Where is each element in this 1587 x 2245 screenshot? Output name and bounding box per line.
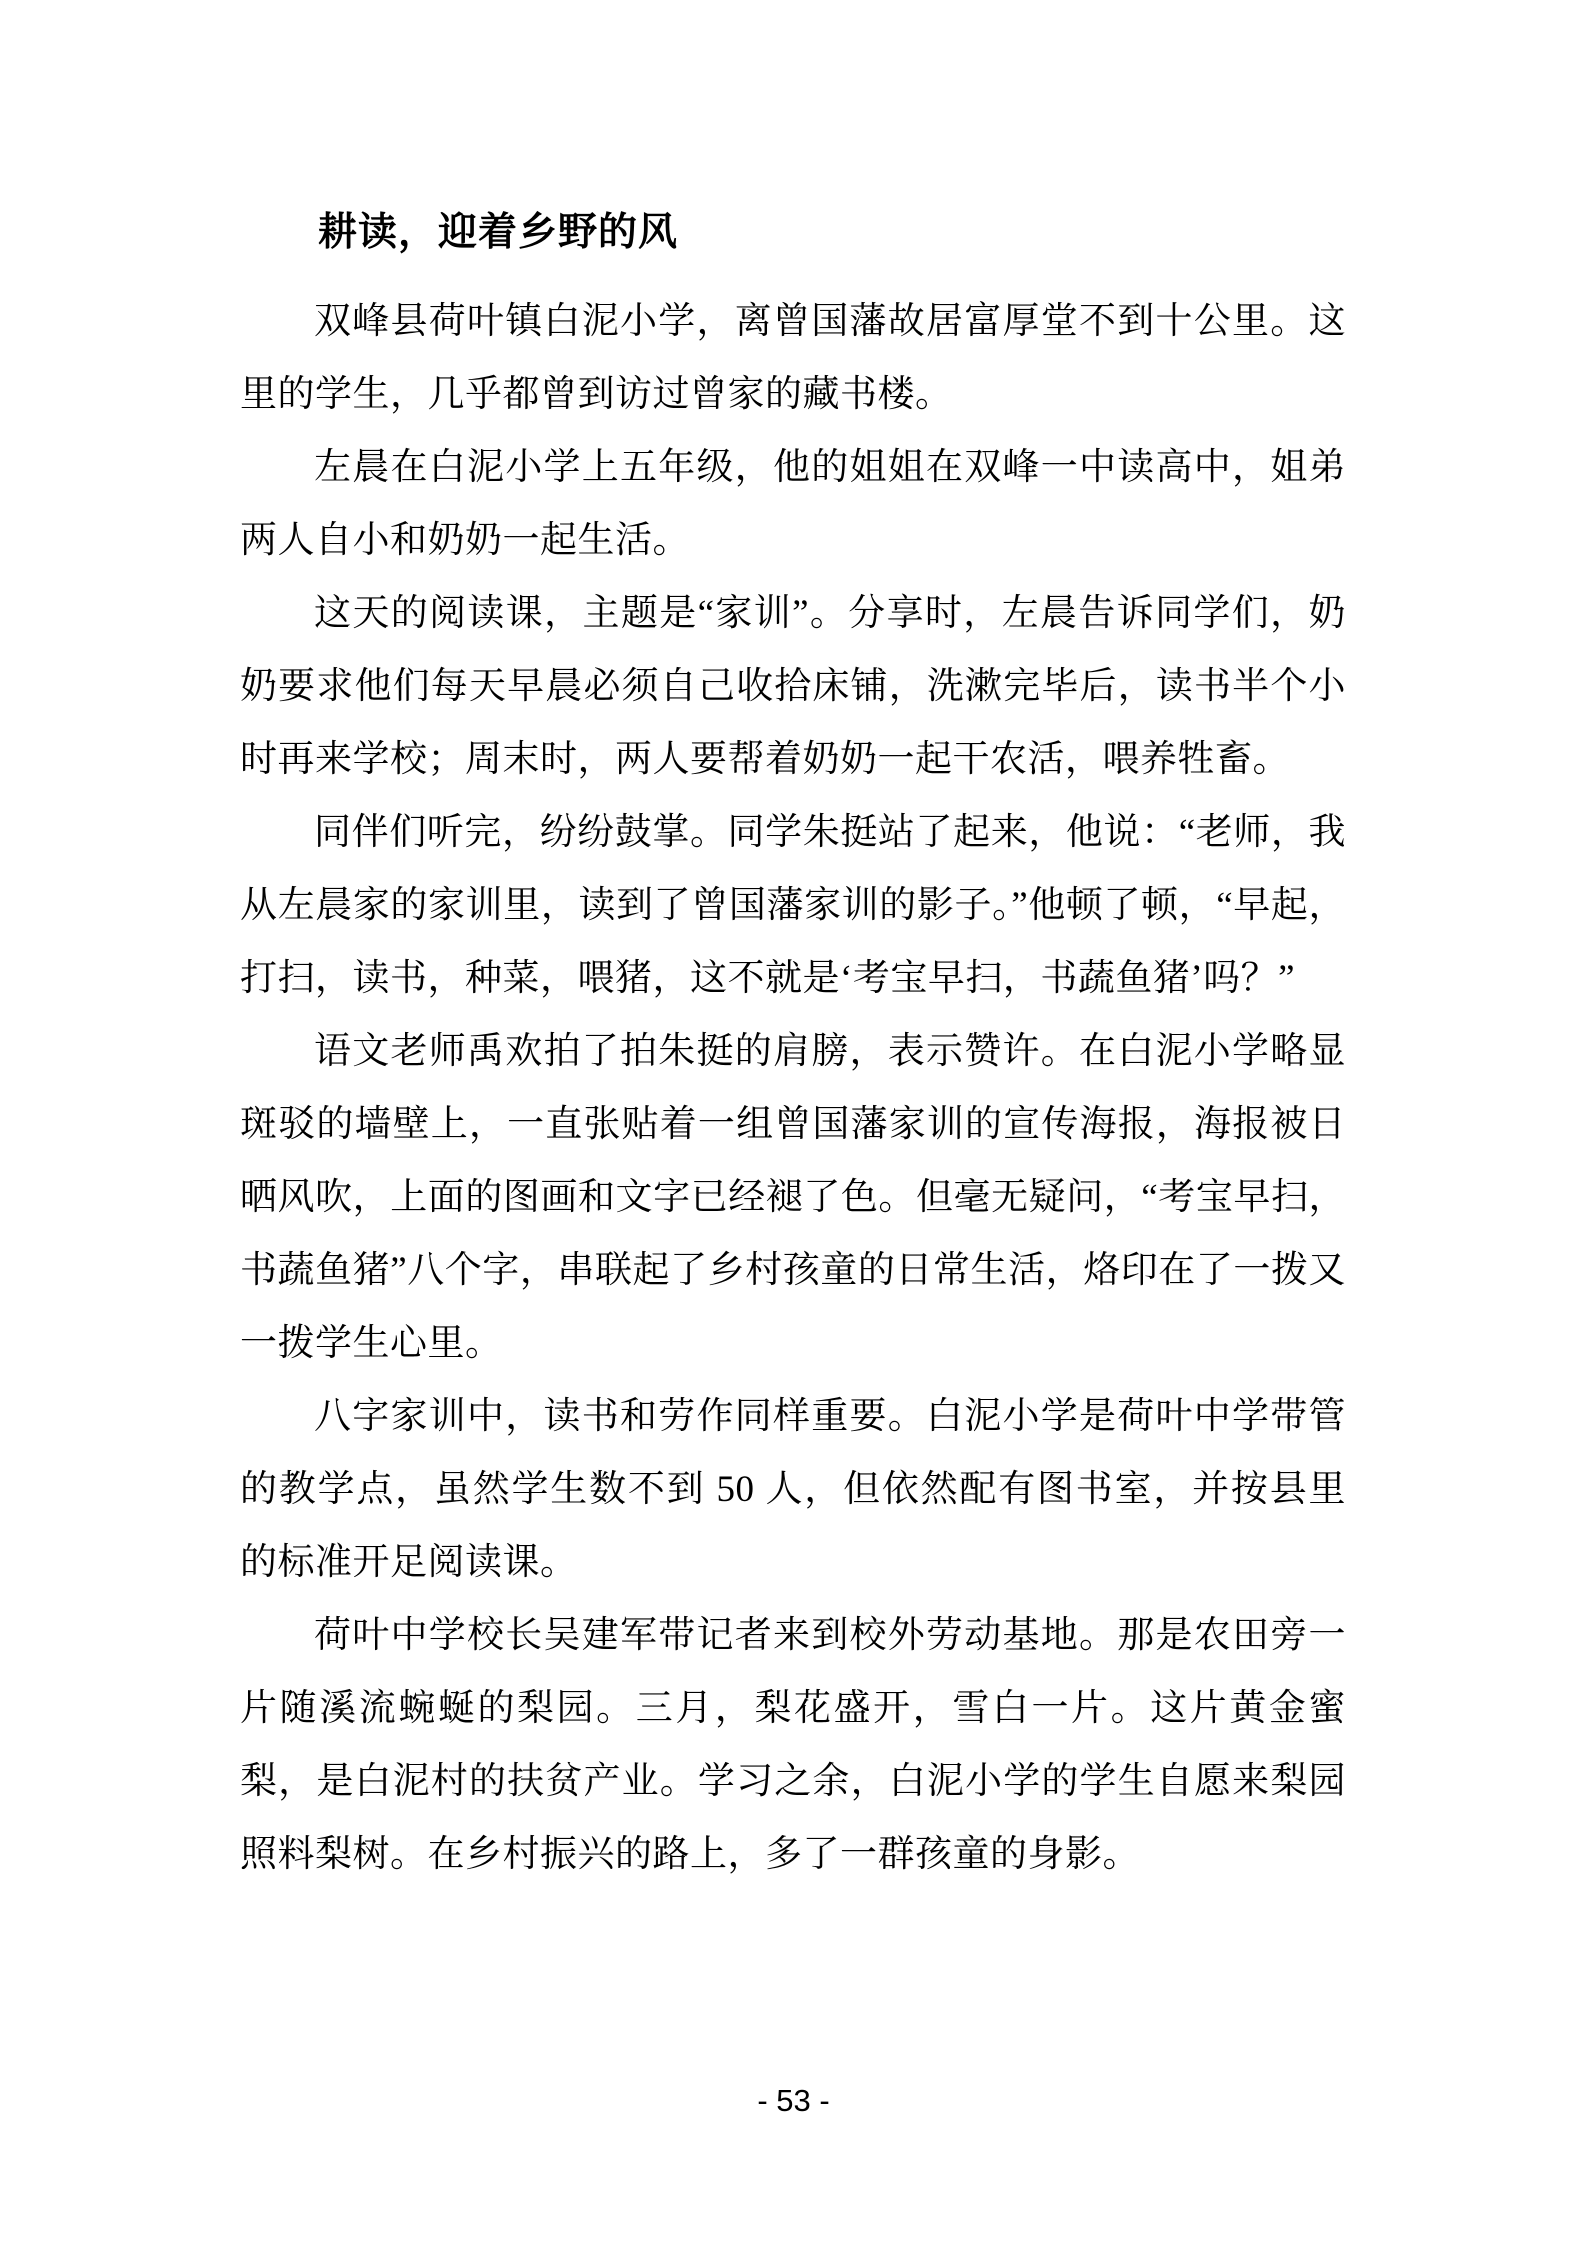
paragraph: 左晨在白泥小学上五年级，他的姐姐在双峰一中读高中，姐弟两人自小和奶奶一起生活。 [240,431,1346,577]
paragraph: 荷叶中学校长吴建军带记者来到校外劳动基地。那是农田旁一片随溪流蜿蜒的梨园。三月，… [240,1599,1346,1891]
paragraph: 双峰县荷叶镇白泥小学，离曾国藩故居富厚堂不到十公里。这里的学生，几乎都曾到访过曾… [240,285,1346,431]
article-body: 耕读，迎着乡野的风 双峰县荷叶镇白泥小学，离曾国藩故居富厚堂不到十公里。这里的学… [240,196,1346,1891]
article-title: 耕读，迎着乡野的风 [240,196,1346,269]
document-page: 耕读，迎着乡野的风 双峰县荷叶镇白泥小学，离曾国藩故居富厚堂不到十公里。这里的学… [0,0,1587,2245]
paragraph: 这天的阅读课，主题是“家训”。分享时，左晨告诉同学们，奶奶要求他们每天早晨必须自… [240,577,1346,796]
paragraph: 八字家训中，读书和劳作同样重要。白泥小学是荷叶中学带管的教学点，虽然学生数不到 … [240,1380,1346,1599]
paragraph: 语文老师禹欢拍了拍朱挺的肩膀，表示赞许。在白泥小学略显斑驳的墙壁上，一直张贴着一… [240,1015,1346,1380]
paragraph: 同伴们听完，纷纷鼓掌。同学朱挺站了起来，他说：“老师，我从左晨家的家训里，读到了… [240,796,1346,1015]
page-number: - 53 - [0,2083,1587,2119]
